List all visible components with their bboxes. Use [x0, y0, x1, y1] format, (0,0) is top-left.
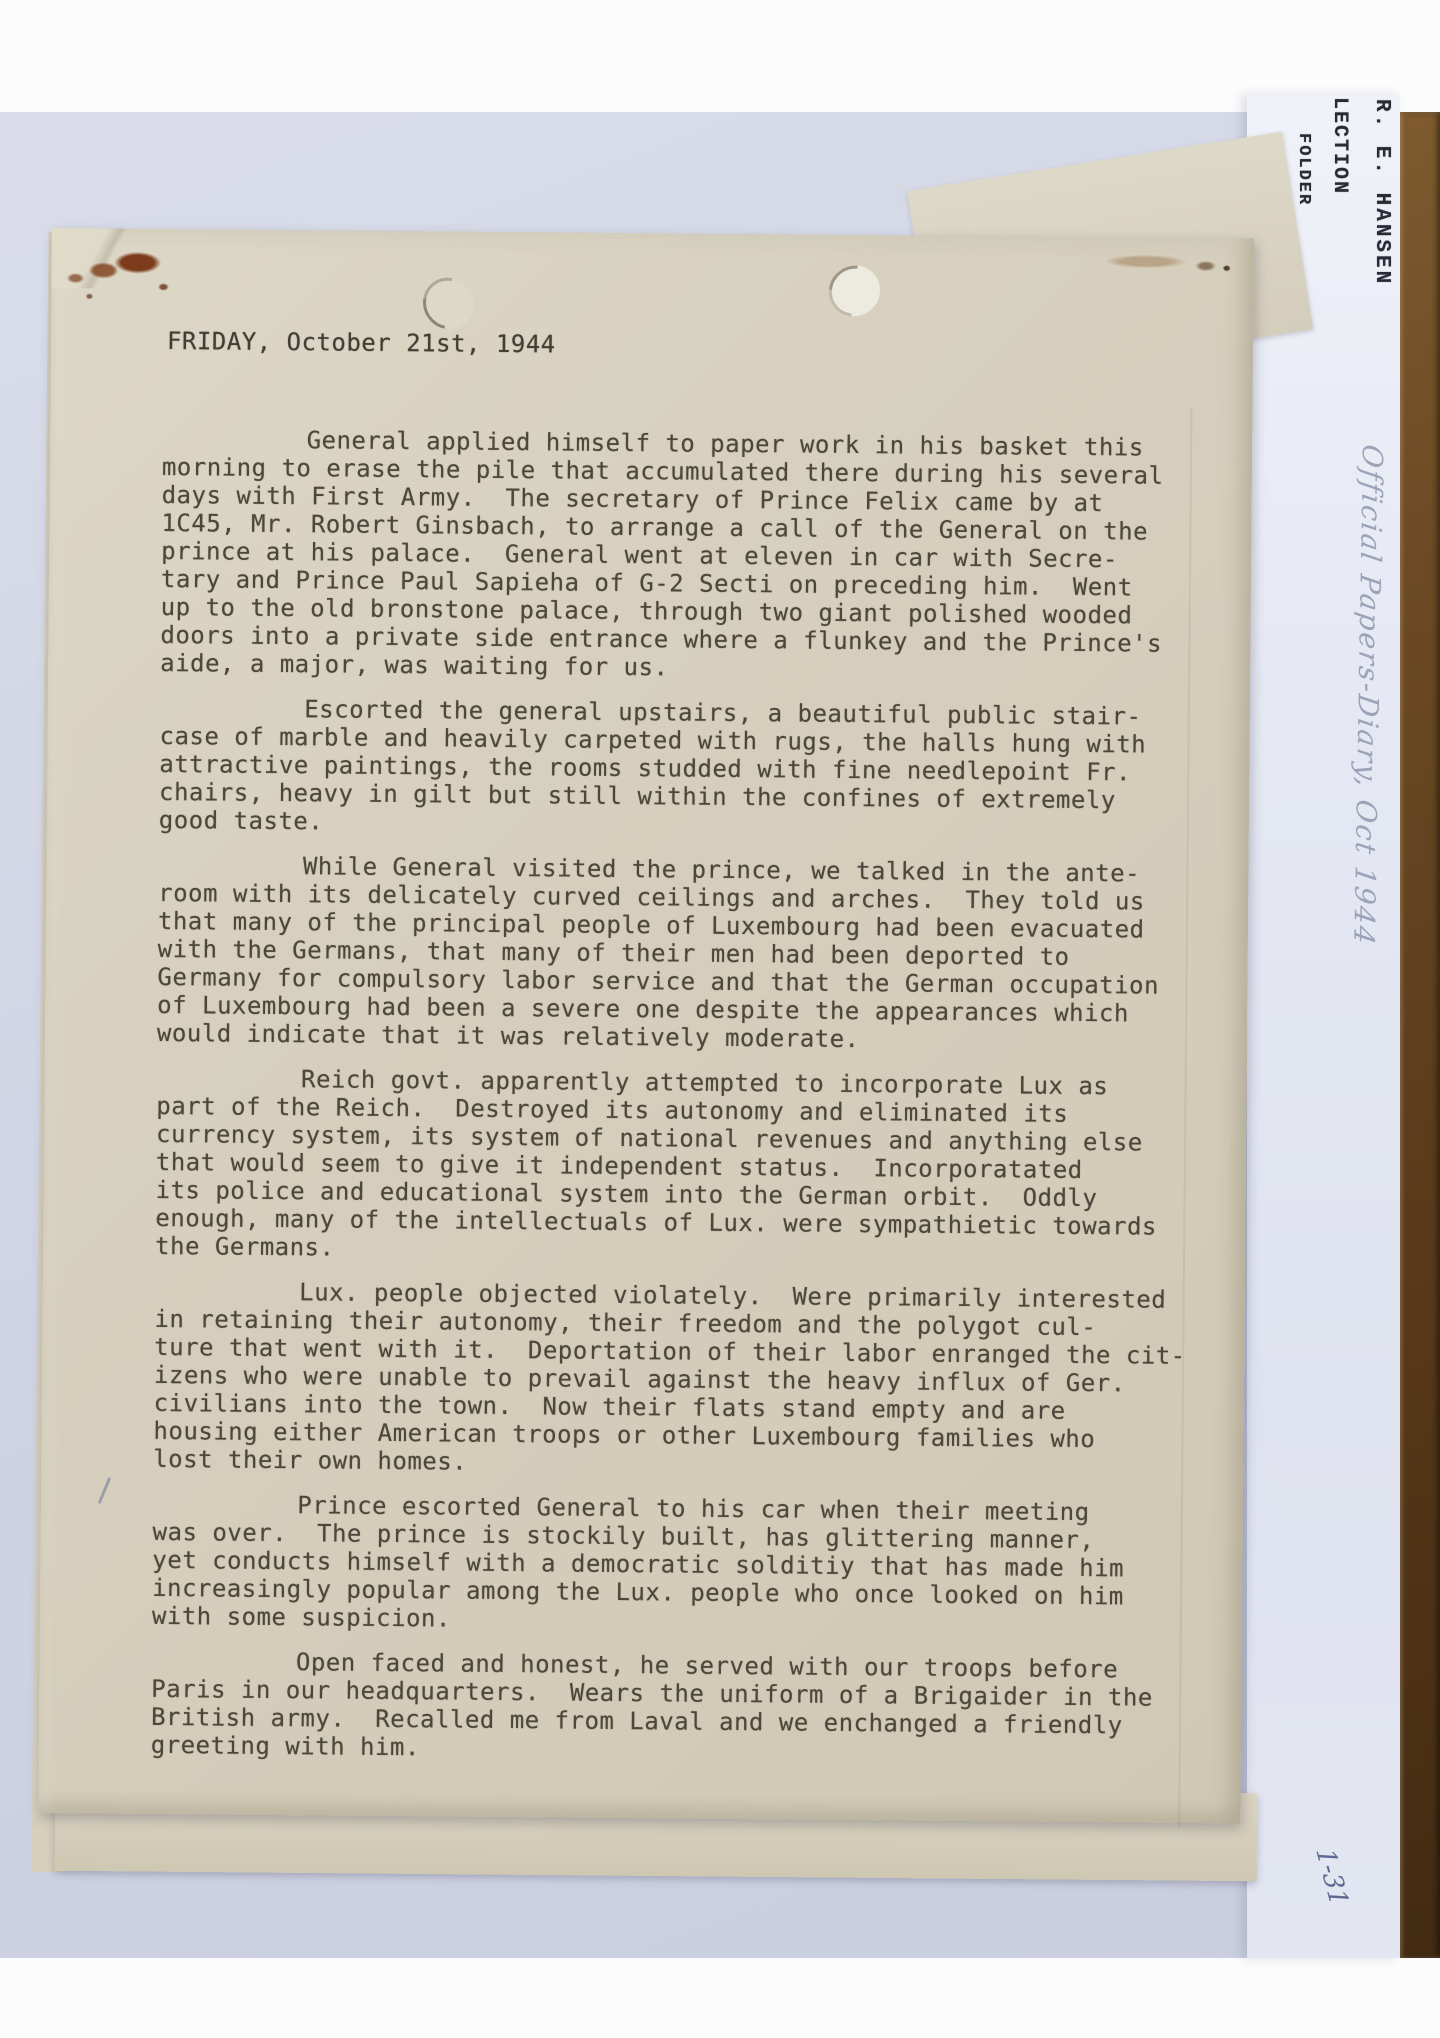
- stamp-collection-label: LECTION: [1328, 97, 1351, 195]
- diary-paragraph: While General visited the prince, we tal…: [157, 851, 1190, 1056]
- stamp-owner-name: R. E. HANSEN: [1370, 99, 1393, 286]
- stain-top-right: [1084, 247, 1234, 282]
- diary-paragraph: Lux. people objected violately. Were pri…: [153, 1277, 1186, 1482]
- corner-note-handwritten: 1-31: [1309, 1847, 1354, 1907]
- diary-paragraph: Escorted the general upstairs, a beautif…: [159, 694, 1192, 843]
- archive-backing-sheet: R. E. HANSEN LECTION FOLDER 14 Official …: [1247, 95, 1400, 1958]
- diary-page: FRIDAY, October 21st, 1944 General appli…: [38, 228, 1254, 1823]
- stain-top-left: [59, 242, 200, 303]
- diary-paragraph: Reich govt. apparently attempted to inco…: [155, 1064, 1188, 1269]
- date-heading: FRIDAY, October 21st, 1944: [167, 327, 556, 358]
- diary-paragraph: General applied himself to paper work in…: [160, 425, 1194, 686]
- punch-hole-right: [819, 255, 891, 327]
- stamp-folder-label: FOLDER: [1294, 133, 1313, 206]
- diary-paragraph: Open faced and honest, he served with ou…: [151, 1647, 1183, 1768]
- typed-text-block: General applied himself to paper work in…: [150, 425, 1193, 1785]
- margin-note-handwritten: Official Papers-Diary, Oct 1944: [1347, 442, 1389, 948]
- wood-binding-edge: [1398, 112, 1440, 1958]
- diary-paragraph: Prince escorted General to his car when …: [152, 1490, 1185, 1639]
- scanned-diary-photo: R. E. HANSEN LECTION FOLDER 14 Official …: [0, 0, 1440, 2038]
- pen-mark: [98, 1477, 111, 1504]
